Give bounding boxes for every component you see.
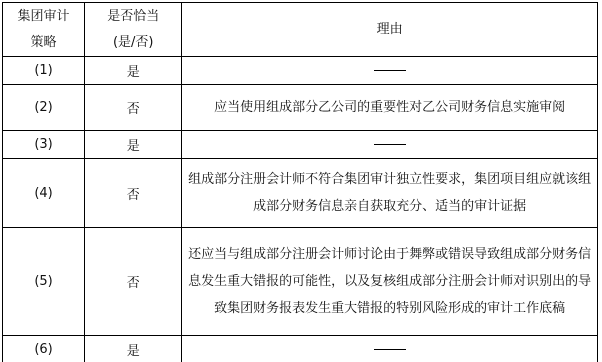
row-id: (6) [3, 336, 85, 362]
header-strategy: 集团审计 策略 [3, 3, 85, 57]
row-reason: 组成部分注册会计师不符合集团审计独立性要求，集团项目组应就该组成部分财务信息亲自… [182, 159, 598, 228]
table-row: (2) 否 应当使用组成部分乙公司的重要性对乙公司财务信息实施审阅 [3, 85, 598, 131]
table-header-row: 集团审计 策略 是否恰当 (是/否) 理由 [3, 3, 598, 57]
table-row: (4) 否 组成部分注册会计师不符合集团审计独立性要求，集团项目组应就该组成部分… [3, 159, 598, 228]
header-strategy-line1: 集团审计 [3, 4, 84, 30]
audit-strategy-table: 集团审计 策略 是否恰当 (是/否) 理由 (1) 是 (2) 否 应当使用组成… [2, 2, 598, 362]
header-appropriate: 是否恰当 (是/否) [85, 3, 182, 57]
row-reason-empty [182, 336, 598, 362]
row-appropriate: 否 [85, 159, 182, 228]
row-id: (1) [3, 57, 85, 85]
row-reason: 应当使用组成部分乙公司的重要性对乙公司财务信息实施审阅 [182, 85, 598, 131]
row-appropriate: 是 [85, 131, 182, 159]
header-reason: 理由 [182, 3, 598, 57]
row-id: (4) [3, 159, 85, 228]
dash-placeholder [374, 144, 406, 145]
row-reason: 还应当与组成部分注册会计师讨论由于舞弊或错误导致组成部分财务信息发生重大错报的可… [182, 228, 598, 336]
row-appropriate: 否 [85, 228, 182, 336]
table-row: (1) 是 [3, 57, 598, 85]
row-id: (5) [3, 228, 85, 336]
header-strategy-line2: 策略 [3, 30, 84, 56]
row-id: (2) [3, 85, 85, 131]
row-appropriate: 否 [85, 85, 182, 131]
header-appropriate-line2: (是/否) [85, 30, 181, 56]
header-appropriate-line1: 是否恰当 [85, 4, 181, 30]
table-row: (6) 是 [3, 336, 598, 362]
table-row: (5) 否 还应当与组成部分注册会计师讨论由于舞弊或错误导致组成部分财务信息发生… [3, 228, 598, 336]
row-appropriate: 是 [85, 57, 182, 85]
dash-placeholder [374, 349, 406, 350]
row-reason-empty [182, 131, 598, 159]
table-row: (3) 是 [3, 131, 598, 159]
dash-placeholder [374, 70, 406, 71]
row-id: (3) [3, 131, 85, 159]
row-appropriate: 是 [85, 336, 182, 362]
row-reason-empty [182, 57, 598, 85]
